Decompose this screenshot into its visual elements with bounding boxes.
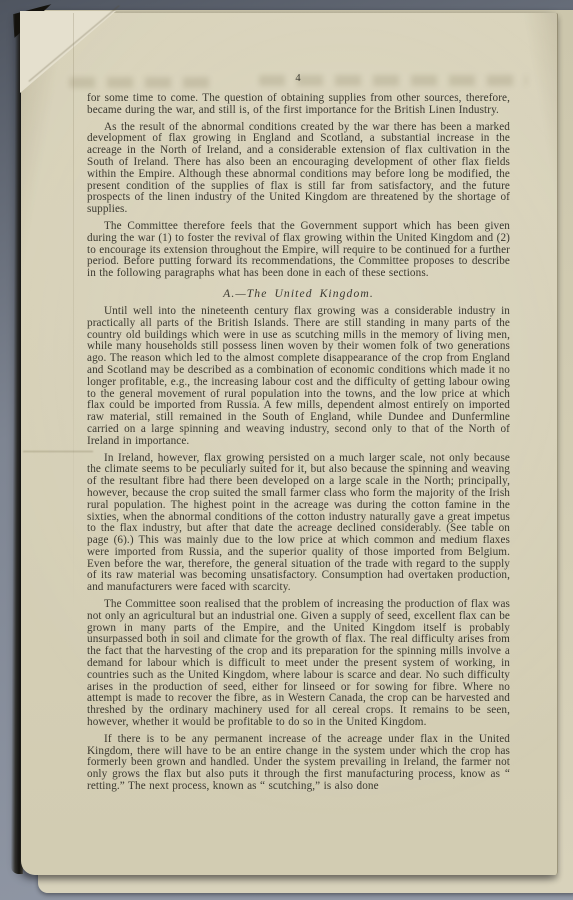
body-paragraph: If there is to be any permanent increase… [87, 734, 510, 793]
vertical-crease [73, 13, 74, 875]
horizontal-crease [23, 451, 93, 452]
body-paragraph: The Committee soon realised that the pro… [87, 599, 510, 729]
body-paragraph: In Ireland, however, flax growing persis… [87, 453, 510, 595]
section-heading: A.—The United Kingdom. [87, 287, 510, 300]
document-page: 4 for some time to come. The question of… [21, 13, 558, 875]
body-paragraph: As the result of the abnormal conditions… [87, 122, 510, 216]
page-number: 4 [87, 73, 510, 84]
scanned-book-photo: { "colors": { "backdrop-top": "#4f5560",… [0, 0, 573, 900]
body-paragraph: The Committee therefore feels that the G… [87, 221, 510, 280]
page-text-block: 4 for some time to come. The question of… [87, 73, 510, 855]
body-paragraph: Until well into the nineteenth century f… [87, 306, 510, 448]
body-paragraph: for some time to come. The question of o… [87, 93, 510, 117]
